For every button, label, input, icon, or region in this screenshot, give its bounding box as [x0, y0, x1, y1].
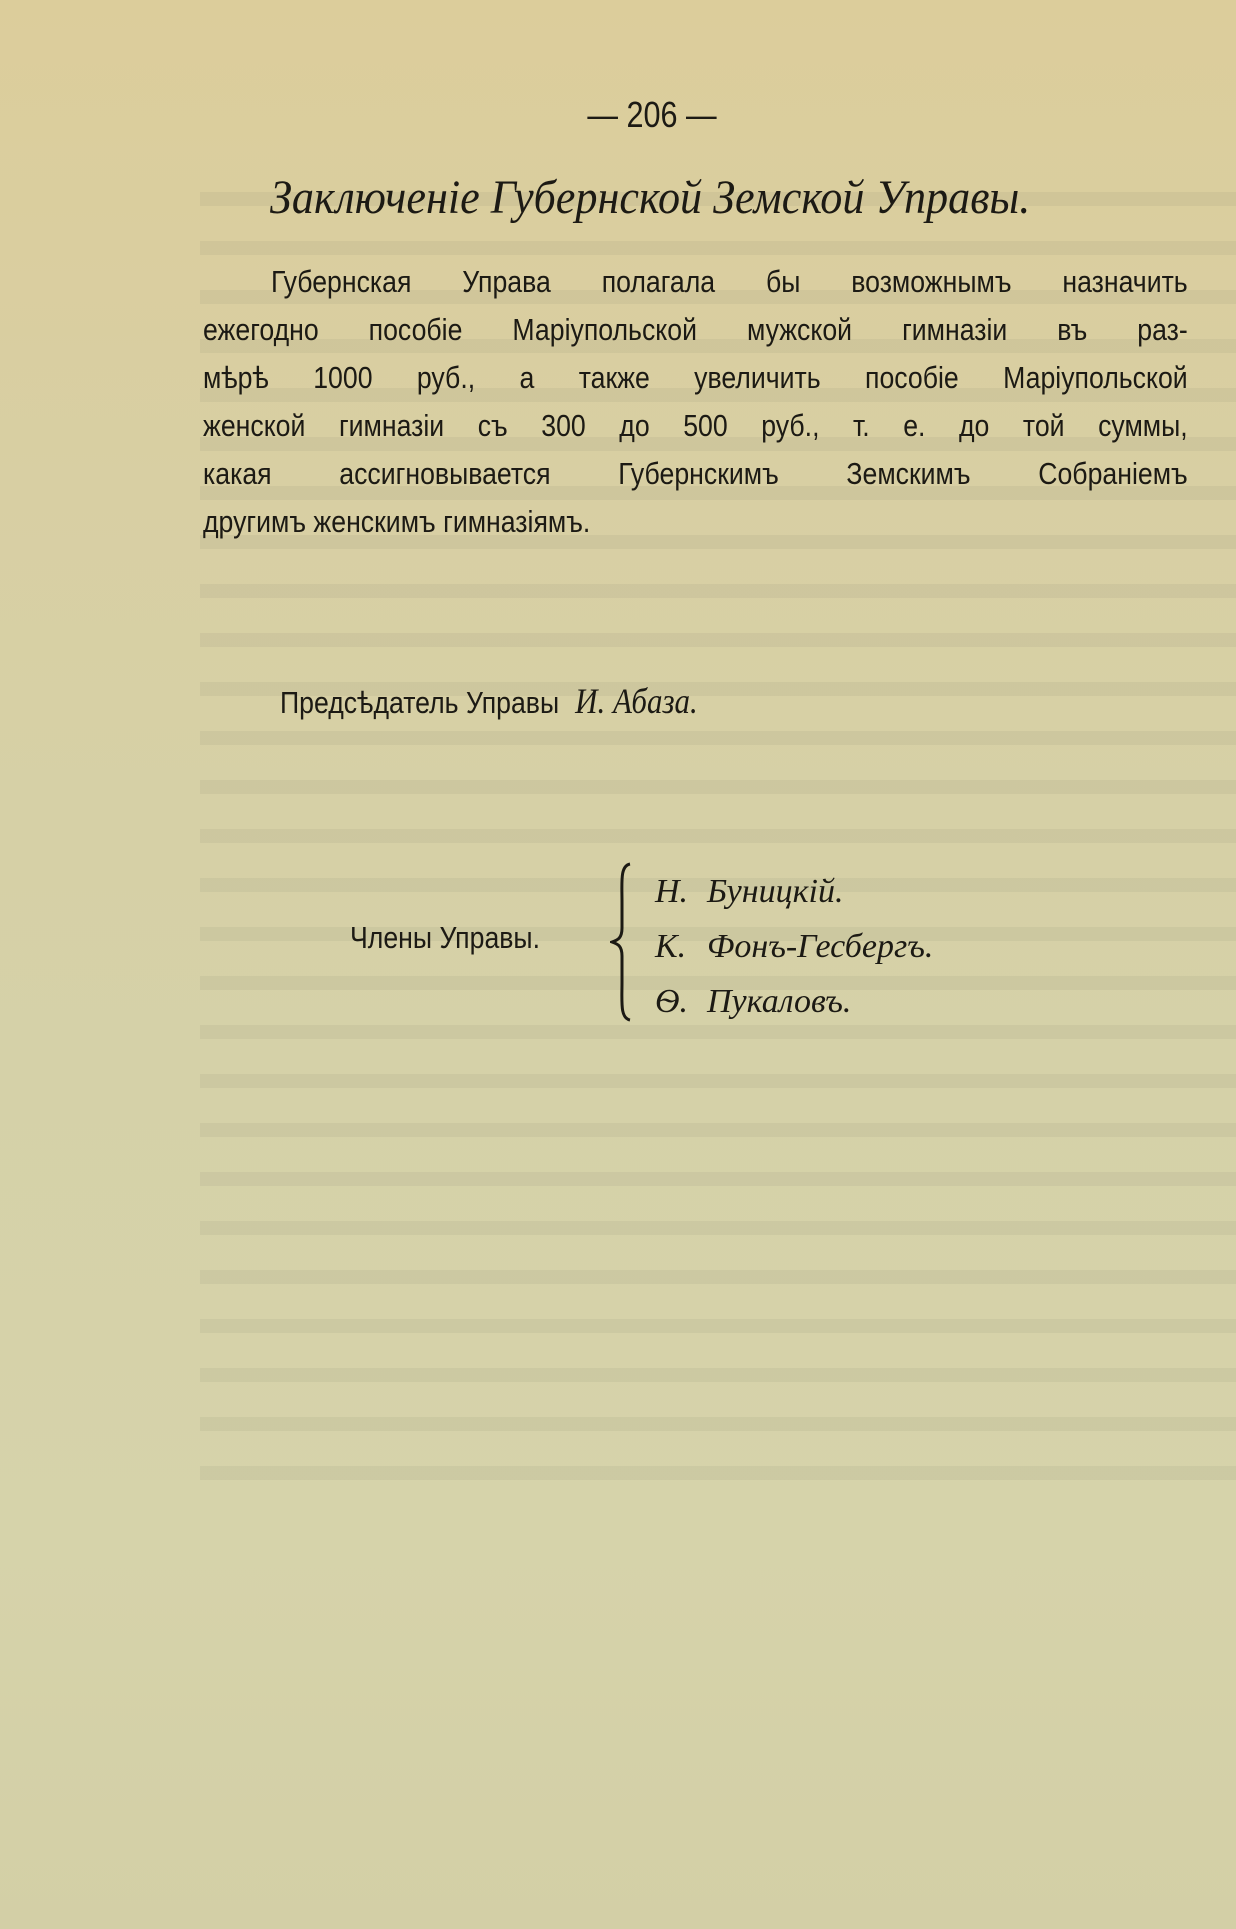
paragraph-line: другимъ женскимъ гимназiямъ. — [203, 498, 1188, 546]
member-entry: Ѳ.Пукаловъ. — [655, 974, 933, 1029]
paragraph-line: какая ассигновывается Губернскимъ Земски… — [203, 450, 1188, 498]
paragraph-line: женской гимназiи съ 300 до 500 руб., т. … — [203, 402, 1188, 450]
member-entry: Н.Буницкiй. — [655, 864, 933, 919]
page-number: — 206 — — [93, 94, 1144, 136]
paragraph-line: мѣрѣ 1000 руб., а также увеличить пособi… — [203, 354, 1188, 402]
scanned-book-page: — 206 — Заключенiе Губернской Земской Уп… — [0, 0, 1236, 1929]
member-surname: Пукаловъ. — [707, 983, 851, 1020]
chairman-name: И. Абаза. — [575, 681, 698, 721]
member-initial: Ѳ. — [655, 974, 707, 1029]
member-surname: Буницкiй. — [707, 873, 843, 910]
chairman-signature: Предсѣдатель Управы И. Абаза. — [280, 680, 698, 722]
member-entry: К.Фонъ-Гесбергъ. — [655, 919, 933, 974]
paragraph-line: ежегодно пособiе Марiупольской мужской г… — [203, 306, 1188, 354]
member-surname: Фонъ-Гесбергъ. — [707, 928, 933, 965]
member-initial: К. — [655, 919, 707, 974]
members-label: Члены Управы. — [350, 920, 540, 956]
section-title: Заключенiе Губернской Земской Управы. — [270, 170, 1030, 225]
body-paragraph: Губернская Управа полагала бы возможнымъ… — [203, 258, 1188, 546]
member-initial: Н. — [655, 864, 707, 919]
chairman-label: Предсѣдатель Управы — [280, 685, 559, 720]
members-list: Н.Буницкiй. К.Фонъ-Гесбергъ. Ѳ.Пукаловъ. — [655, 864, 933, 1029]
paragraph-line: Губернская Управа полагала бы возможнымъ… — [203, 258, 1188, 306]
curly-brace-icon — [610, 862, 636, 1022]
